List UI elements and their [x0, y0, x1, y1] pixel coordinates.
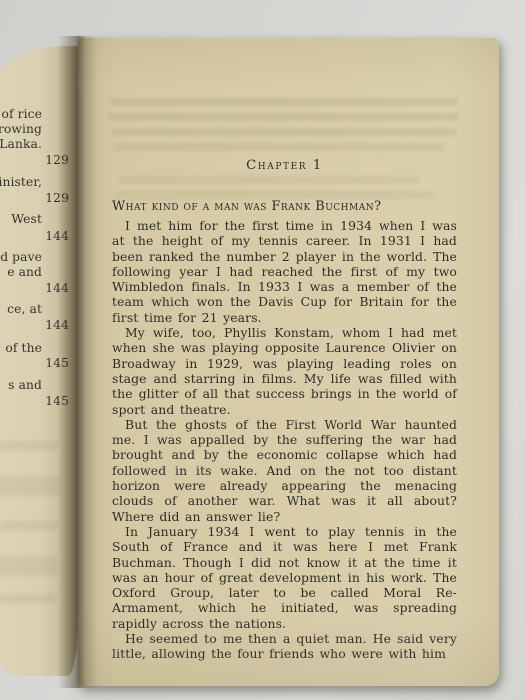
book-photo: of rice rowing Lanka. 129 inister, 129 W… [0, 0, 525, 700]
show-through-ghost-line [0, 521, 58, 530]
contents-page-number: 144 [45, 319, 69, 332]
body-paragraph: But the ghosts of the First World War ha… [112, 417, 457, 524]
contents-page-number: 145 [45, 395, 69, 408]
show-through-ghost-line [0, 441, 58, 450]
body-paragraph: He seemed to me then a quiet man. He sai… [112, 631, 457, 662]
contents-fragment: of rice [1, 108, 42, 121]
contents-fragment: d pave [0, 251, 42, 264]
body-text-block: I met him for the first time in 1934 whe… [112, 218, 457, 662]
show-through-ghost-line [110, 98, 458, 106]
contents-fragment: of the [5, 342, 42, 355]
show-through-ghost-line [112, 128, 456, 136]
show-through-ghost-line [0, 556, 58, 576]
contents-page-number: 145 [45, 357, 69, 370]
show-through-ghost-line [114, 143, 444, 151]
contents-fragment: ce, at [7, 303, 42, 316]
chapter-heading: Chapter 1 [112, 158, 457, 173]
book-right-page: Chapter 1 What kind of a man was Frank B… [78, 38, 499, 686]
contents-page-number: 144 [45, 282, 69, 295]
body-paragraph: In January 1934 I went to play tennis in… [112, 524, 457, 631]
show-through-ghost-line [0, 476, 60, 496]
chapter-opening-question: What kind of a man was Frank Buchman? [112, 199, 457, 214]
contents-page-number: 144 [45, 230, 69, 243]
show-through-ghost-line [118, 176, 418, 184]
contents-fragment: West [11, 213, 42, 226]
contents-fragment: rowing [0, 123, 42, 136]
show-through-ghost-line [114, 191, 434, 199]
book-left-page-edge: of rice rowing Lanka. 129 inister, 129 W… [0, 46, 78, 676]
body-paragraph: My wife, too, Phyllis Konstam, whom I ha… [112, 325, 457, 417]
contents-page-number: 129 [45, 192, 69, 205]
contents-fragment: inister, [0, 176, 42, 189]
show-through-ghost-line [0, 594, 56, 603]
contents-fragment: e and [7, 266, 42, 279]
contents-page-number: 129 [45, 154, 69, 167]
contents-fragment: s and [8, 379, 42, 392]
show-through-ghost-line [108, 113, 458, 121]
body-paragraph: I met him for the first time in 1934 whe… [112, 218, 457, 325]
contents-fragment: Lanka. [0, 138, 42, 151]
